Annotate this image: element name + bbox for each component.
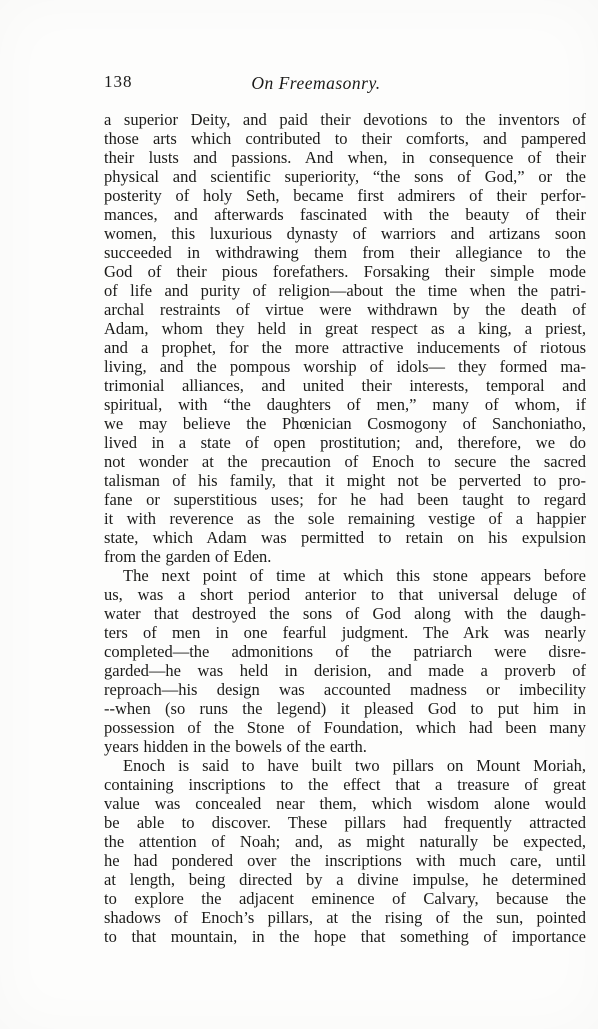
paragraph: The next point of time at which this sto… <box>104 566 586 756</box>
text-line: succeeded in withdrawing them from their… <box>104 243 586 262</box>
text-line: possession of the Stone of Foundation, w… <box>104 718 586 737</box>
text-line: their lusts and passions. And when, in c… <box>104 148 586 167</box>
text-line: God of their pious forefathers. Forsakin… <box>104 262 586 281</box>
text-line: spiritual, with “the daughters of men,” … <box>104 395 586 414</box>
text-line: Enoch is said to have built two pillars … <box>104 756 586 775</box>
text-line: mances, and afterwards fascinated with t… <box>104 205 586 224</box>
text-line: fane or superstitious uses; for he had b… <box>104 490 586 509</box>
text-line: it with reverence as the sole remaining … <box>104 509 586 528</box>
text-line: years hidden in the bowels of the earth. <box>104 737 586 756</box>
text-line: The next point of time at which this sto… <box>104 566 586 585</box>
text-line: we may believe the Phœnician Cosmogony o… <box>104 414 586 433</box>
text-line: to explore the adjacent eminence of Calv… <box>104 889 586 908</box>
page-body: a superior Deity, and paid their devotio… <box>104 110 586 946</box>
text-line: women, this luxurious dynasty of warrior… <box>104 224 586 243</box>
text-line: talisman of his family, that it might no… <box>104 471 586 490</box>
text-line: and a prophet, for the more attractive i… <box>104 338 586 357</box>
text-line: completed—the admonitions of the patriar… <box>104 642 586 661</box>
running-title: On Freemasonry. <box>251 73 380 94</box>
text-line: to that mountain, in the hope that somet… <box>104 927 586 946</box>
text-line: he had pondered over the inscriptions wi… <box>104 851 586 870</box>
text-line: value was concealed near them, which wis… <box>104 794 586 813</box>
text-line: of life and purity of religion—about the… <box>104 281 586 300</box>
text-line: us, was a short period anterior to that … <box>104 585 586 604</box>
page-header: 138 On Freemasonry. <box>104 72 586 94</box>
text-line: from the garden of Eden. <box>104 547 586 566</box>
text-line: Adam, whom they held in great respect as… <box>104 319 586 338</box>
text-line: state, which Adam was permitted to retai… <box>104 528 586 547</box>
text-line: physical and scientific superiority, “th… <box>104 167 586 186</box>
paragraph: a superior Deity, and paid their devotio… <box>104 110 586 566</box>
text-line: shadows of Enoch’s pillars, at the risin… <box>104 908 586 927</box>
text-line: the attention of Noah; and, as might nat… <box>104 832 586 851</box>
text-line: lived in a state of open prostitution; a… <box>104 433 586 452</box>
text-line: --when (so runs the legend) it pleased G… <box>104 699 586 718</box>
text-line: those arts which contributed to their co… <box>104 129 586 148</box>
text-line: at length, being directed by a divine im… <box>104 870 586 889</box>
text-line: water that destroyed the sons of God alo… <box>104 604 586 623</box>
text-line: containing inscriptions to the effect th… <box>104 775 586 794</box>
text-line: reproach—his design was accounted madnes… <box>104 680 586 699</box>
text-line: not wonder at the precaution of Enoch to… <box>104 452 586 471</box>
text-line: living, and the pompous worship of idols… <box>104 357 586 376</box>
text-line: a superior Deity, and paid their devotio… <box>104 110 586 129</box>
paragraph: Enoch is said to have built two pillars … <box>104 756 586 946</box>
text-line: posterity of holy Seth, became first adm… <box>104 186 586 205</box>
book-page: 138 On Freemasonry. a superior Deity, an… <box>0 0 598 1029</box>
text-line: archal restraints of virtue were withdra… <box>104 300 586 319</box>
text-line: be able to discover. These pillars had f… <box>104 813 586 832</box>
text-line: trimonial alliances, and united their in… <box>104 376 586 395</box>
text-line: garded—he was held in derision, and made… <box>104 661 586 680</box>
page-number: 138 <box>104 72 133 92</box>
text-line: ters of men in one fearful judgment. The… <box>104 623 586 642</box>
